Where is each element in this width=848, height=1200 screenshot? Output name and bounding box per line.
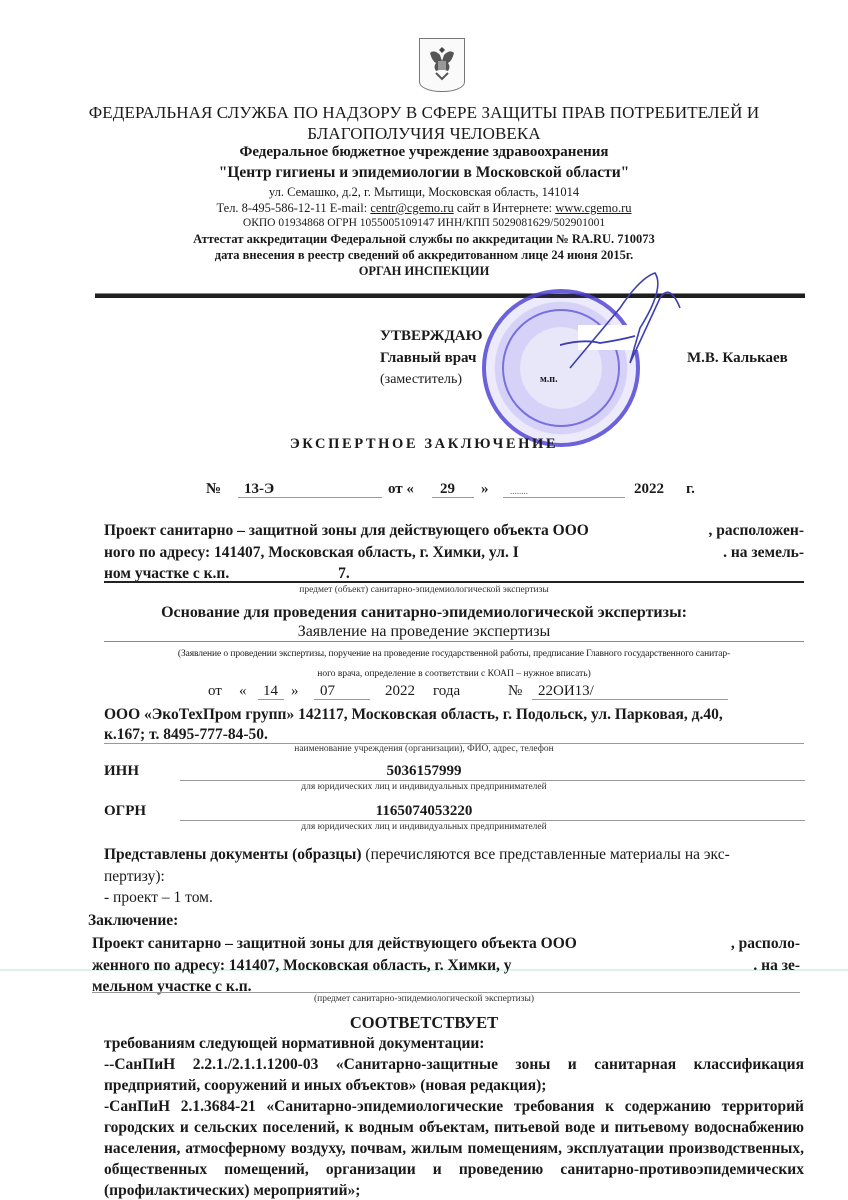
conclusion-number: 13-Э — [244, 481, 274, 498]
inspection-body: ОРГАН ИНСПЕКЦИИ — [0, 264, 848, 279]
basis-month-underline — [314, 699, 370, 700]
inn-caption: для юридических лиц и индивидуальных пре… — [0, 782, 848, 792]
applicant-line-1: ООО «ЭкоТехПром групп» 142117, Московска… — [104, 705, 804, 725]
documents-item: - проект – 1 том. — [104, 887, 804, 909]
subject-text-1a: Проект санитарно – защитной зоны для дей… — [104, 520, 589, 542]
basis-month: 07 — [320, 683, 335, 700]
subject-underline — [104, 581, 804, 583]
ogrn-caption: для юридических лиц и индивидуальных пре… — [0, 822, 848, 832]
conclusion-text-1b: , располо- — [731, 933, 800, 955]
applicant-line-2: к.167; т. 8495-777-84-50. — [104, 725, 804, 745]
approve-label: УТВЕРЖДАЮ — [380, 328, 483, 345]
documents-line-1: Представлены документы (образцы) (перечи… — [104, 844, 804, 866]
signature-icon — [560, 268, 690, 378]
expertise-subject: Проект санитарно – защитной зоны для дей… — [104, 520, 804, 585]
inn-value: 5036157999 — [0, 763, 848, 780]
document-title: ЭКСПЕРТНОЕ ЗАКЛЮЧЕНИЕ — [0, 436, 848, 453]
chief-doctor-label: Главный врач — [380, 350, 476, 367]
number-label: № — [206, 481, 221, 498]
registration-codes: ОКПО 01934868 ОГРН 1055005109147 ИНН/КПП… — [0, 217, 848, 229]
norm-item: -СанПиН 2.1.3684-21 «Санитарно-эпидемиол… — [104, 1096, 804, 1200]
basis-caption-line-2: ного врача, определение в соответствии с… — [104, 664, 804, 684]
verdict: СООТВЕТСТВУЕТ — [0, 1013, 848, 1033]
norms-intro: требованиям следующей нормативной докуме… — [104, 1033, 804, 1054]
basis-year-word: года — [433, 683, 460, 700]
seal-mark: м.п. — [540, 374, 558, 385]
conclusion-line-2: женного по адресу: 141407, Московская об… — [92, 955, 800, 977]
conclusion-text-1a: Проект санитарно – защитной зоны для дей… — [92, 933, 577, 955]
institution-line-1: Федеральное бюджетное учреждение здравоо… — [0, 144, 848, 161]
basis-caption: (Заявление о проведении экспертизы, пору… — [104, 644, 804, 684]
conclusion-text-2b: . на зе- — [753, 955, 800, 977]
subject-text-2b: . на земель- — [723, 542, 804, 564]
institution-line-2: "Центр гигиены и эпидемиологии в Московс… — [0, 164, 848, 182]
basis-number-label: № — [508, 683, 522, 700]
basis-open-quote: « — [239, 683, 247, 700]
deputy-label: (заместитель) — [380, 372, 462, 388]
agency-line-2: БЛАГОПОЛУЧИЯ ЧЕЛОВЕКА — [0, 123, 848, 144]
header-separator — [95, 293, 805, 298]
norm-item: --СанПиН 2.2.1./2.1.1.1200-03 «Санитарно… — [104, 1054, 804, 1096]
documents-note-2: пертизу): — [104, 866, 804, 888]
website-link[interactable]: www.cgemo.ru — [555, 201, 631, 215]
conclusion-underline — [92, 992, 800, 993]
date-from-label: от « — [388, 481, 414, 498]
subject-text-3a: ном участке с к.п. — [104, 565, 229, 582]
ogrn-value: 1165074053220 — [0, 803, 848, 820]
basis-from-label: от — [208, 683, 222, 700]
basis-year: 2022 — [385, 683, 415, 700]
day-underline — [432, 497, 474, 498]
basis-number-underline — [532, 699, 728, 700]
tel-label: Тел. 8-495-586-12-11 E-mail: — [216, 201, 370, 215]
basis-day: 14 — [263, 683, 278, 700]
conclusion-line-1: Проект санитарно – защитной зоны для дей… — [92, 933, 800, 955]
conclusion-subject: Проект санитарно – защитной зоны для дей… — [92, 933, 800, 998]
normative-documents: требованиям следующей нормативной докуме… — [104, 1033, 804, 1200]
subject-line-2: ного по адресу: 141407, Московская облас… — [104, 542, 804, 564]
documents-note: (перечисляются все представленные матери… — [362, 846, 730, 863]
accreditation-certificate: Аттестат аккредитации Федеральной службы… — [0, 232, 848, 247]
subject-line-1: Проект санитарно – защитной зоны для дей… — [104, 520, 804, 542]
basis-close-quote: » — [291, 683, 299, 700]
contact-line: Тел. 8-495-586-12-11 E-mail: centr@cgemo… — [0, 201, 848, 216]
ogrn-underline — [180, 820, 805, 821]
basis-underline — [104, 641, 804, 642]
institution-address: ул. Семашко, д.2, г. Мытищи, Московская … — [0, 185, 848, 200]
signatory-name: М.В. Калькаев — [687, 350, 788, 367]
basis-day-underline — [258, 699, 284, 700]
site-label: сайт в Интернете: — [454, 201, 556, 215]
conclusion-caption: (предмет санитарно-эпидемиологической эк… — [0, 994, 848, 1004]
inn-underline — [180, 780, 805, 781]
subject-caption: предмет (объект) санитарно-эпидемиологич… — [0, 585, 848, 595]
date-close-quote: » — [481, 481, 489, 498]
coat-of-arms-emblem — [419, 38, 465, 92]
date-year: 2022 — [634, 481, 664, 498]
number-underline — [238, 497, 382, 498]
registry-date: дата внесения в реестр сведений об аккре… — [0, 248, 848, 263]
basis-number: 22ОИ13/ — [538, 683, 594, 700]
subject-text-2a: ного по адресу: 141407, Московская облас… — [104, 542, 519, 564]
conclusion-heading: Заключение: — [88, 912, 178, 930]
submitted-documents: Представлены документы (образцы) (перечи… — [104, 844, 804, 909]
russian-coat-of-arms-icon — [424, 43, 460, 83]
documents-heading: Представлены документы (образцы) — [104, 846, 362, 863]
agency-line-1: ФЕДЕРАЛЬНАЯ СЛУЖБА ПО НАДЗОРУ В СФЕРЕ ЗА… — [0, 102, 848, 123]
month-underline — [503, 497, 625, 498]
basis-caption-line-1: (Заявление о проведении экспертизы, пору… — [104, 644, 804, 664]
agency-name: ФЕДЕРАЛЬНАЯ СЛУЖБА ПО НАДЗОРУ В СФЕРЕ ЗА… — [0, 102, 848, 144]
date-month: ........ — [510, 486, 528, 496]
email-link[interactable]: centr@cgemo.ru — [370, 201, 453, 215]
subject-text-1b: , расположен- — [708, 520, 804, 542]
year-suffix: г. — [686, 481, 695, 498]
basis-heading: Основание для проведения санитарно-эпиде… — [0, 604, 848, 622]
subject-text-3b: 7. — [338, 565, 350, 582]
applicant-caption: наименование учреждения (организации), Ф… — [0, 744, 848, 754]
basis-value: Заявление на проведение экспертизы — [0, 623, 848, 641]
date-day: 29 — [440, 481, 455, 498]
applicant-info: ООО «ЭкоТехПром групп» 142117, Московска… — [104, 705, 804, 745]
conclusion-text-2a: женного по адресу: 141407, Московская об… — [92, 955, 512, 977]
